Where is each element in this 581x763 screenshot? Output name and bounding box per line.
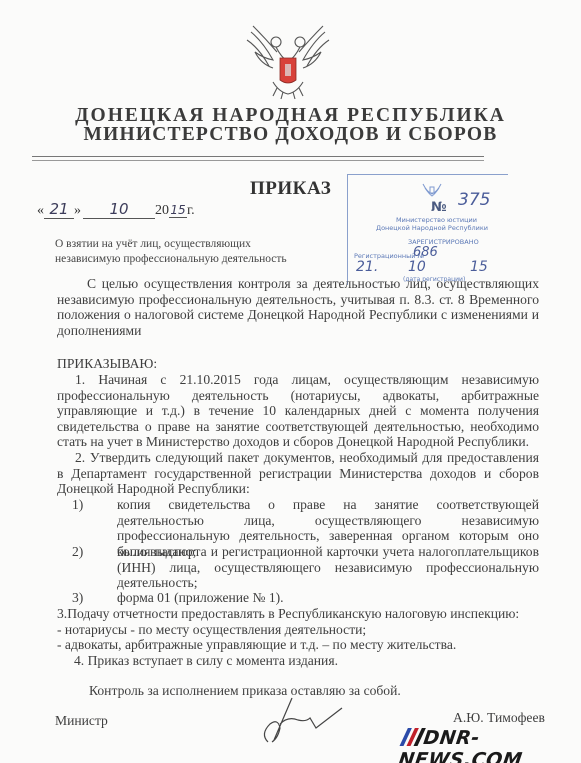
document-page: ДОНЕЦКАЯ НАРОДНАЯ РЕСПУБЛИКА МИНИСТЕРСТВ… [0, 0, 581, 763]
date-quote-close: » [74, 203, 81, 218]
order-item-4: 4. Приказ вступает в силу с момента изда… [74, 653, 338, 669]
list-number: 1) [72, 497, 83, 513]
order-item-1: 1. Начиная с 21.10.2015 года лицам, осущ… [57, 372, 539, 450]
list-number: 2) [72, 544, 83, 560]
order-date: «21»102015г. [37, 200, 195, 219]
dpr-coat-of-arms-icon [243, 22, 333, 100]
list-text: форма 01 (приложение № 1). [117, 590, 539, 606]
control-statement: Контроль за исполнением приказа оставляю… [89, 683, 401, 699]
date-year: 15 [169, 203, 187, 218]
order-word: ПРИКАЗЫВАЮ: [57, 356, 539, 372]
header-divider-thin [32, 160, 484, 161]
date-year-prefix: 20 [155, 203, 169, 218]
stamp-year: 15 [470, 259, 488, 275]
order-subject: О взятии на учёт лиц, осуществляющих нез… [55, 237, 287, 267]
registration-stamp: № 375 Министерство юстиции Донецкой Наро… [347, 174, 508, 285]
ministry-name: МИНИСТЕРСТВО ДОХОДОВ И СБОРОВ [0, 124, 581, 146]
order-item-3: 3.Подачу отчетности предоставлять в Респ… [57, 606, 519, 622]
watermark: DNR-NEWS.COM [397, 727, 581, 763]
stamp-ministry-line1: Министерство юстиции [396, 216, 477, 224]
stamp-number-sign: № [431, 200, 447, 215]
document-title: ПРИКАЗ [250, 178, 331, 200]
stamp-ministry-line2: Донецкой Народной Республики [376, 224, 488, 232]
order-item-3a: - нотариусы - по месту осуществления дея… [57, 622, 366, 638]
stamp-day: 21. [356, 259, 378, 275]
date-day: 21 [44, 200, 74, 219]
list-text: копия паспорта и регистрационной карточк… [117, 544, 539, 591]
date-month: 10 [83, 200, 155, 219]
order-item-2: 2. Утвердить следующий пакет документов,… [57, 450, 539, 497]
signature-icon [258, 694, 348, 746]
stamp-emblem-icon [421, 182, 443, 198]
signer-name: А.Ю. Тимофеев [453, 710, 545, 726]
stamp-number: 375 [458, 190, 490, 210]
date-year-unit: г. [187, 203, 195, 218]
signer-position: Министр [55, 713, 108, 729]
order-item-3b: - адвокаты, арбитражные управляющие и т.… [57, 637, 456, 653]
header-divider [32, 156, 484, 157]
stamp-reg-number: 686 [413, 245, 438, 260]
list-number: 3) [72, 590, 83, 606]
intro-paragraph: С целью осуществления контроля за деятел… [57, 276, 539, 338]
date-quote-open: « [37, 203, 44, 218]
subject-line-2: независимую профессиональную деятельност… [55, 252, 287, 267]
watermark-stripes-icon [400, 728, 425, 746]
subject-line-1: О взятии на учёт лиц, осуществляющих [55, 237, 287, 252]
stamp-month: 10 [408, 259, 426, 275]
